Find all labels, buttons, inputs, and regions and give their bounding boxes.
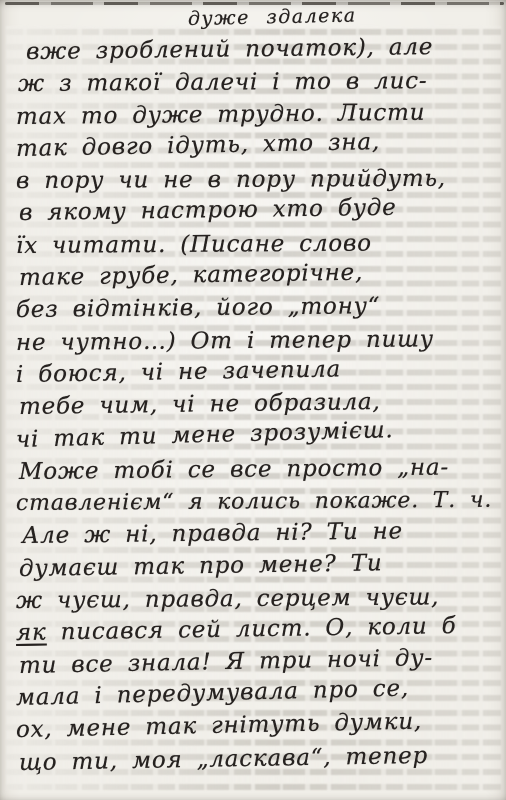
- scanned-manuscript-page: дуже здалека вже зроблений початок), але…: [0, 0, 506, 800]
- manuscript-line: вже зроблений початок), але: [26, 31, 494, 69]
- manuscript-line: Може тобі се все просто „на-: [19, 452, 494, 489]
- manuscript-line: думаєш так про мене? Ти: [19, 546, 494, 586]
- manuscript-line: ж з такої далечі і то в лис-: [18, 66, 494, 102]
- underlined-word: як: [16, 620, 47, 646]
- manuscript-line: в якому настрою хто буде: [19, 192, 494, 231]
- manuscript-line: без відтінків, його „тону“: [16, 290, 494, 327]
- handwritten-letter: дуже здалека вже зроблений початок), але…: [0, 0, 506, 800]
- manuscript-line: таке грубе, категорічне,: [19, 256, 494, 296]
- manuscript-body: вже зроблений початок), алеж з такої дал…: [16, 37, 494, 780]
